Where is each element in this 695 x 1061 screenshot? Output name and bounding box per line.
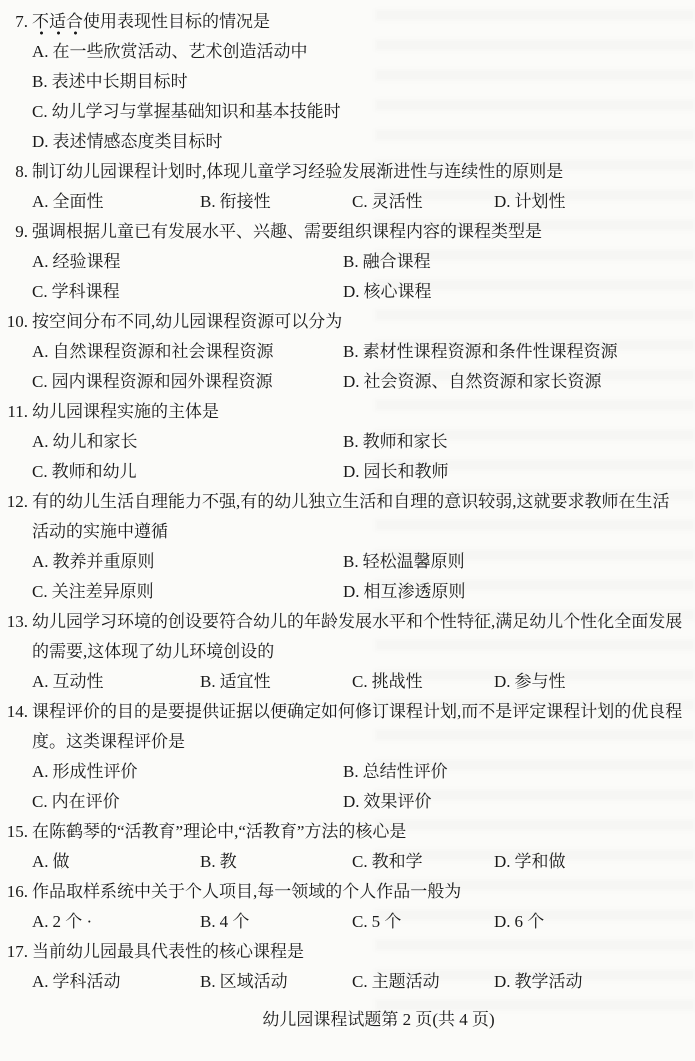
option-label: A. — [32, 672, 49, 691]
option-label: D. — [494, 672, 511, 691]
option-label: A. — [32, 342, 49, 361]
question-block: 12.有的幼儿生活自理能力不强,有的幼儿独立生活和自理的意识较弱,这就要求教师在… — [4, 487, 689, 607]
option-text: 主题活动 — [372, 972, 440, 991]
question-block: 7.不适合使用表现性目标的情况是A.在一些欣赏活动、艺术创造活动中B.表述中长期… — [4, 7, 689, 157]
option-label: B. — [343, 552, 359, 571]
option-text: 教 — [220, 852, 237, 871]
option-label: A. — [32, 762, 49, 781]
option-label: D. — [494, 912, 511, 931]
option-text: 内在评价 — [52, 792, 120, 811]
question-number: 14. — [4, 697, 28, 727]
option-text: 相互渗透原则 — [364, 582, 466, 601]
option-text: 幼儿和家长 — [53, 432, 138, 451]
question-number: 9. — [4, 217, 28, 247]
option-a: A.学科活动 — [32, 967, 200, 997]
option-text: 幼儿学习与掌握基础知识和基本技能时 — [52, 102, 341, 121]
option-label: C. — [32, 102, 48, 121]
option-label: B. — [200, 972, 216, 991]
option-text: 教师和幼儿 — [52, 462, 137, 481]
stem-text: 在陈鹤琴的“活教育”理论中,“活教育”方法的核心是 — [32, 822, 406, 841]
option-text: 融合课程 — [363, 252, 431, 271]
question-stem-continued: 活动的实施中遵循 — [4, 517, 689, 547]
question-number: 12. — [4, 487, 28, 517]
option-label: A. — [32, 852, 49, 871]
option-label: D. — [494, 972, 511, 991]
question-number: 15. — [4, 817, 28, 847]
option-label: D. — [343, 582, 360, 601]
option-text: 核心课程 — [364, 282, 432, 301]
question-stem: 15.在陈鹤琴的“活教育”理论中,“活教育”方法的核心是 — [4, 817, 689, 847]
question-stem: 14.课程评价的目的是要提供证据以便确定如何修订课程计划,而不是评定课程计划的优… — [4, 697, 689, 727]
option-label: A. — [32, 432, 49, 451]
option-label: A. — [32, 552, 49, 571]
option-b: B.适宜性 — [200, 667, 352, 697]
question-list: 7.不适合使用表现性目标的情况是A.在一些欣赏活动、艺术创造活动中B.表述中长期… — [4, 7, 689, 997]
option-text: 效果评价 — [364, 792, 432, 811]
option-d: D.表述情感态度类目标时 — [32, 127, 689, 157]
question-number: 7. — [4, 7, 28, 37]
stem-text: 幼儿园课程实施的主体是 — [32, 402, 219, 421]
option-text: 适宜性 — [220, 672, 271, 691]
option-label: C. — [32, 792, 48, 811]
option-text: 社会资源、自然资源和家长资源 — [364, 372, 602, 391]
option-text: 学和做 — [515, 852, 566, 871]
option-text: 素材性课程资源和条件性课程资源 — [363, 342, 618, 361]
option-label: D. — [343, 372, 360, 391]
question-number: 11. — [4, 397, 28, 427]
option-label: D. — [494, 192, 511, 211]
option-text: 自然课程资源和社会课程资源 — [53, 342, 274, 361]
stem-text: 当前幼儿园最具代表性的核心课程是 — [32, 942, 304, 961]
option-label: A. — [32, 912, 49, 931]
option-text: 学科活动 — [53, 972, 121, 991]
option-text: 表述中长期目标时 — [52, 72, 188, 91]
option-text: 做 — [53, 852, 70, 871]
option-label: B. — [200, 672, 216, 691]
option-b: B.区域活动 — [200, 967, 352, 997]
option-text: 参与性 — [515, 672, 566, 691]
question-block: 11.幼儿园课程实施的主体是A.幼儿和家长B.教师和家长C.教师和幼儿D.园长和… — [4, 397, 689, 487]
option-text: 形成性评价 — [53, 762, 138, 781]
options-row: A.互动性B.适宜性C.挑战性D.参与性 — [32, 667, 689, 697]
option-label: C. — [352, 972, 368, 991]
option-c: C.灵活性 — [352, 187, 494, 217]
option-label: C. — [352, 192, 368, 211]
question-number: 13. — [4, 607, 28, 637]
option-label: A. — [32, 252, 49, 271]
option-label: D. — [343, 462, 360, 481]
option-b: B.融合课程 — [343, 247, 689, 277]
options-row: A.2 个 ·B.4 个C.5 个D.6 个 — [32, 907, 689, 937]
option-label: B. — [200, 192, 216, 211]
option-b: B.衔接性 — [200, 187, 352, 217]
option-d: D.相互渗透原则 — [343, 577, 689, 607]
option-label: B. — [343, 432, 359, 451]
option-d: D.计划性 — [494, 187, 689, 217]
option-c: C.幼儿学习与掌握基础知识和基本技能时 — [32, 97, 689, 127]
question-block: 8.制订幼儿园课程计划时,体现儿童学习经验发展渐进性与连续性的原则是A.全面性B… — [4, 157, 689, 217]
option-text: 6 个 — [515, 912, 545, 931]
question-stem: 8.制订幼儿园课程计划时,体现儿童学习经验发展渐进性与连续性的原则是 — [4, 157, 689, 187]
option-text: 教师和家长 — [363, 432, 448, 451]
option-label: B. — [343, 252, 359, 271]
question-stem: 12.有的幼儿生活自理能力不强,有的幼儿独立生活和自理的意识较弱,这就要求教师在… — [4, 487, 689, 517]
stem-text: 作品取样系统中关于个人项目,每一领域的个人作品一般为 — [32, 882, 461, 901]
options-row: A.自然课程资源和社会课程资源B.素材性课程资源和条件性课程资源C.园内课程资源… — [32, 337, 689, 397]
option-label: C. — [352, 672, 368, 691]
option-text: 全面性 — [53, 192, 104, 211]
option-text: 轻松温馨原则 — [363, 552, 465, 571]
option-text: 5 个 — [372, 912, 402, 931]
option-text: 挑战性 — [372, 672, 423, 691]
option-label: C. — [32, 282, 48, 301]
question-stem: 17.当前幼儿园最具代表性的核心课程是 — [4, 937, 689, 967]
stem-text: 活动的实施中遵循 — [32, 522, 168, 541]
option-b: B.教 — [200, 847, 352, 877]
page-footer: 幼儿园课程试题第 2 页(共 4 页) — [36, 1005, 695, 1035]
options-row: A.做B.教C.教和学D.学和做 — [32, 847, 689, 877]
option-text: 园长和教师 — [364, 462, 449, 481]
stem-text: 按空间分布不同,幼儿园课程资源可以分为 — [32, 312, 342, 331]
option-label: A. — [32, 192, 49, 211]
option-text: 园内课程资源和园外课程资源 — [52, 372, 273, 391]
option-label: C. — [32, 372, 48, 391]
option-a: A.在一些欣赏活动、艺术创造活动中 — [32, 37, 689, 67]
stem-text: 强调根据儿童已有发展水平、兴趣、需要组织课程内容的课程类型是 — [32, 222, 542, 241]
question-number: 10. — [4, 307, 28, 337]
stem-text: 有的幼儿生活自理能力不强,有的幼儿独立生活和自理的意识较弱,这就要求教师在生活 — [32, 492, 670, 511]
question-stem-continued: 的需要,这体现了幼儿环境创设的 — [4, 637, 689, 667]
option-a: A.幼儿和家长 — [32, 427, 343, 457]
option-text: 教和学 — [372, 852, 423, 871]
option-text: 总结性评价 — [363, 762, 448, 781]
option-a: A.2 个 · — [32, 907, 200, 937]
option-c: C.学科课程 — [32, 277, 343, 307]
question-stem-continued: 度。这类课程评价是 — [4, 727, 689, 757]
option-c: C.教师和幼儿 — [32, 457, 343, 487]
option-d: D.教学活动 — [494, 967, 689, 997]
option-text: 灵活性 — [372, 192, 423, 211]
options-row: A.学科活动B.区域活动C.主题活动D.教学活动 — [32, 967, 689, 997]
options-row: A.全面性B.衔接性C.灵活性D.计划性 — [32, 187, 689, 217]
question-block: 10.按空间分布不同,幼儿园课程资源可以分为A.自然课程资源和社会课程资源B.素… — [4, 307, 689, 397]
option-a: A.全面性 — [32, 187, 200, 217]
option-d: D.核心课程 — [343, 277, 689, 307]
stem-text: 的需要,这体现了幼儿环境创设的 — [32, 642, 274, 661]
option-d: D.6 个 — [494, 907, 689, 937]
option-label: B. — [200, 912, 216, 931]
option-d: D.效果评价 — [343, 787, 689, 817]
option-text: 关注差异原则 — [52, 582, 154, 601]
option-text: 4 个 — [220, 912, 250, 931]
question-stem: 7.不适合使用表现性目标的情况是 — [4, 7, 689, 37]
question-number: 8. — [4, 157, 28, 187]
option-text: 区域活动 — [220, 972, 288, 991]
option-label: D. — [343, 792, 360, 811]
question-block: 15.在陈鹤琴的“活教育”理论中,“活教育”方法的核心是A.做B.教C.教和学D… — [4, 817, 689, 877]
option-label: B. — [32, 72, 48, 91]
options-row: A.形成性评价B.总结性评价C.内在评价D.效果评价 — [32, 757, 689, 817]
option-d: D.学和做 — [494, 847, 689, 877]
option-text: 教学活动 — [515, 972, 583, 991]
option-b: B.教师和家长 — [343, 427, 689, 457]
option-label: C. — [352, 852, 368, 871]
option-d: D.社会资源、自然资源和家长资源 — [343, 367, 689, 397]
option-c: C.主题活动 — [352, 967, 494, 997]
question-stem: 9.强调根据儿童已有发展水平、兴趣、需要组织课程内容的课程类型是 — [4, 217, 689, 247]
exam-page: 7.不适合使用表现性目标的情况是A.在一些欣赏活动、艺术创造活动中B.表述中长期… — [0, 0, 695, 1061]
question-stem: 13.幼儿园学习环境的创设要符合幼儿的年龄发展水平和个性特征,满足幼儿个性化全面… — [4, 607, 689, 637]
option-label: A. — [32, 42, 49, 61]
option-b: B.表述中长期目标时 — [32, 67, 689, 97]
option-label: C. — [32, 582, 48, 601]
option-text: 计划性 — [515, 192, 566, 211]
options-row: A.幼儿和家长B.教师和家长C.教师和幼儿D.园长和教师 — [32, 427, 689, 487]
option-label: C. — [352, 912, 368, 931]
option-d: D.园长和教师 — [343, 457, 689, 487]
option-a: A.互动性 — [32, 667, 200, 697]
option-b: B.4 个 — [200, 907, 352, 937]
options-row: A.经验课程B.融合课程C.学科课程D.核心课程 — [32, 247, 689, 307]
stem-text: 课程评价的目的是要提供证据以便确定如何修订课程计划,而不是评定课程计划的优良程 — [32, 702, 682, 721]
option-label: B. — [200, 852, 216, 871]
question-block: 13.幼儿园学习环境的创设要符合幼儿的年龄发展水平和个性特征,满足幼儿个性化全面… — [4, 607, 689, 697]
option-text: 衔接性 — [220, 192, 271, 211]
option-c: C.教和学 — [352, 847, 494, 877]
option-label: C. — [32, 462, 48, 481]
option-label: B. — [343, 342, 359, 361]
option-label: D. — [343, 282, 360, 301]
option-d: D.参与性 — [494, 667, 689, 697]
option-label: B. — [343, 762, 359, 781]
option-text: 经验课程 — [53, 252, 121, 271]
option-a: A.教养并重原则 — [32, 547, 343, 577]
option-text: 2 个 · — [53, 912, 93, 931]
question-block: 14.课程评价的目的是要提供证据以便确定如何修订课程计划,而不是评定课程计划的优… — [4, 697, 689, 817]
question-number: 17. — [4, 937, 28, 967]
option-text: 表述情感态度类目标时 — [53, 132, 223, 151]
option-a: A.经验课程 — [32, 247, 343, 277]
stem-text: 制订幼儿园课程计划时,体现儿童学习经验发展渐进性与连续性的原则是 — [32, 162, 563, 181]
question-stem: 11.幼儿园课程实施的主体是 — [4, 397, 689, 427]
question-block: 17.当前幼儿园最具代表性的核心课程是A.学科活动B.区域活动C.主题活动D.教… — [4, 937, 689, 997]
option-label: A. — [32, 972, 49, 991]
question-stem: 16.作品取样系统中关于个人项目,每一领域的个人作品一般为 — [4, 877, 689, 907]
question-block: 9.强调根据儿童已有发展水平、兴趣、需要组织课程内容的课程类型是A.经验课程B.… — [4, 217, 689, 307]
options-row: A.在一些欣赏活动、艺术创造活动中B.表述中长期目标时C.幼儿学习与掌握基础知识… — [32, 37, 689, 157]
stem-emphasized-text: 不适合 — [32, 12, 83, 35]
option-c: C.5 个 — [352, 907, 494, 937]
option-text: 教养并重原则 — [53, 552, 155, 571]
options-row: A.教养并重原则B.轻松温馨原则C.关注差异原则D.相互渗透原则 — [32, 547, 689, 607]
stem-text: 幼儿园学习环境的创设要符合幼儿的年龄发展水平和个性特征,满足幼儿个性化全面发展 — [32, 612, 682, 631]
option-c: C.园内课程资源和园外课程资源 — [32, 367, 343, 397]
footer-text: 幼儿园课程试题第 2 页(共 4 页) — [262, 1010, 494, 1029]
option-c: C.挑战性 — [352, 667, 494, 697]
option-text: 学科课程 — [52, 282, 120, 301]
option-label: D. — [494, 852, 511, 871]
question-stem: 10.按空间分布不同,幼儿园课程资源可以分为 — [4, 307, 689, 337]
option-a: A.做 — [32, 847, 200, 877]
question-number: 16. — [4, 877, 28, 907]
option-text: 在一些欣赏活动、艺术创造活动中 — [53, 42, 308, 61]
option-b: B.轻松温馨原则 — [343, 547, 689, 577]
option-b: B.总结性评价 — [343, 757, 689, 787]
option-a: A.自然课程资源和社会课程资源 — [32, 337, 343, 367]
option-a: A.形成性评价 — [32, 757, 343, 787]
question-block: 16.作品取样系统中关于个人项目,每一领域的个人作品一般为A.2 个 ·B.4 … — [4, 877, 689, 937]
option-label: D. — [32, 132, 49, 151]
option-text: 互动性 — [53, 672, 104, 691]
option-c: C.关注差异原则 — [32, 577, 343, 607]
option-b: B.素材性课程资源和条件性课程资源 — [343, 337, 689, 367]
option-c: C.内在评价 — [32, 787, 343, 817]
stem-text: 使用表现性目标的情况是 — [83, 12, 270, 31]
stem-text: 度。这类课程评价是 — [32, 732, 185, 751]
